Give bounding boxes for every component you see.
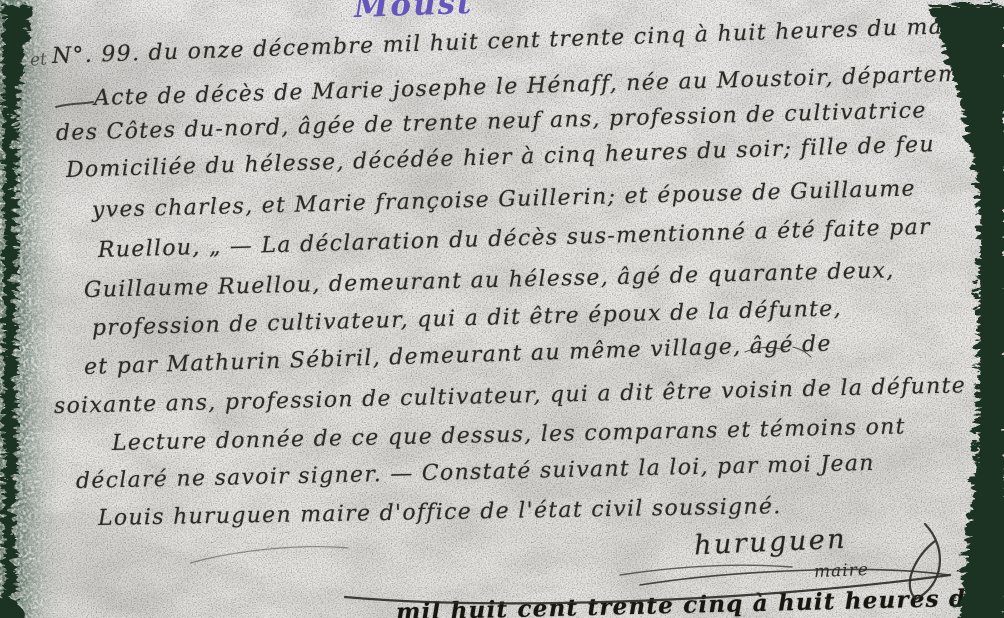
manuscript-line: yves charles, et Marie françoise Guiller… [92, 176, 916, 223]
manuscript-text: et N°. 99. du onze décembre mil huit cen… [0, 0, 1004, 618]
mayor-signature: huruguen [693, 524, 847, 562]
manuscript-line: Lecture donnée de ce que dessus, les com… [112, 414, 906, 456]
manuscript-line: N°. 99. du onze décembre mil huit cent t… [52, 13, 978, 69]
manuscript-line: Ruellou, „ — La déclaration du décès sus… [98, 215, 932, 263]
manuscript-line: Louis huruguen maire d'office de l'état … [98, 494, 782, 531]
document-scan: et N°. 99. du onze décembre mil huit cen… [0, 0, 1004, 618]
manuscript-line: et par Mathurin Sébiril, demeurant au mê… [84, 332, 833, 380]
margin-mark: et [29, 49, 48, 70]
manuscript-line: Guillaume Ruellou, demeurant au hélesse,… [84, 258, 895, 303]
archivist-annotation: Moust [353, 0, 473, 25]
manuscript-line: déclaré ne savoir signer. — Constaté sui… [76, 451, 875, 494]
next-entry-fragment: mil huit cent trente cinq à huit heures … [396, 583, 1004, 618]
manuscript-line: soixante ans, profession de cultivateur,… [54, 373, 967, 419]
signature-role-label: maire [814, 560, 870, 582]
